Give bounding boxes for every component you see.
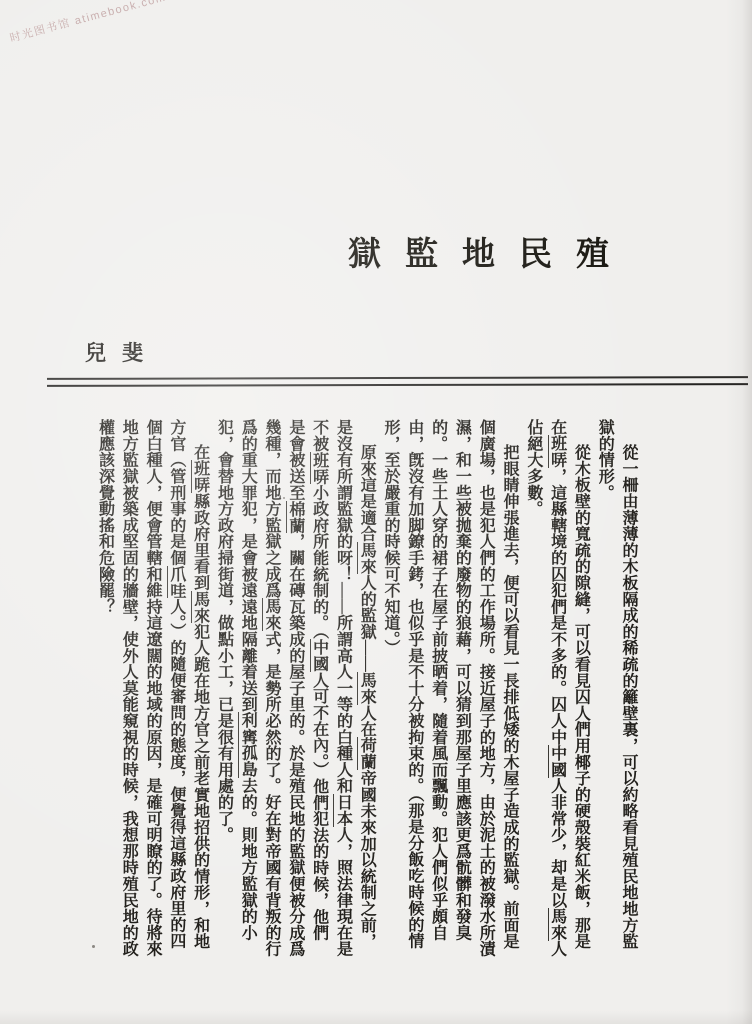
proper-noun: 日本 — [333, 794, 351, 827]
author-name: 兒斐 — [85, 337, 159, 367]
proper-noun: 爪哇 — [167, 566, 185, 599]
proper-noun: 馬來 — [357, 672, 375, 705]
scan-speck — [92, 945, 95, 948]
proper-noun: 中國 — [310, 639, 328, 672]
proper-noun: 棉蘭 — [286, 501, 304, 534]
text-run: 在 — [192, 444, 209, 460]
proper-noun: 班哢 — [191, 460, 209, 493]
text-run: 原來這是適合 — [358, 444, 375, 542]
watermark: 时光图书馆 atimebook.com — [8, 0, 168, 46]
paragraph: 從木板壁的寬疏的隙縫，可以看見囚人們用椰子的硬殼裝紅米飯，那是在班哢，這縣轄境的… — [521, 419, 592, 957]
paragraph: 原來這是適合馬來人的監獄——馬來人在荷蘭帝國未來加以統制之前，是沒有所謂監獄的呀… — [212, 419, 379, 957]
text-run: 把眼睛伸張進去，便可以看見一長排低矮的木屋子造成的監獄。前面是個廣場，也是犯人們… — [382, 419, 518, 957]
text-run: 人在 — [358, 705, 375, 738]
paragraph: 從一柵由薄薄的木板隔成的稀疏的籬壁裏，可以約略看見殖民地地方監獄的情形。 — [592, 419, 640, 957]
scan-speck — [283, 497, 285, 499]
proper-noun: 班哢 — [548, 435, 566, 468]
article-body: 從一柵由薄薄的木板隔成的稀疏的籬壁裏，可以約略看見殖民地地方監獄的情形。從木板壁… — [74, 419, 640, 957]
paragraph: 在班哢縣政府里看到馬來犯人跪在地方官之前老實地招供的情形，和地方官（管刑事的是個… — [93, 419, 212, 957]
text-run: ，這縣轄境的囚犯們是不多的。囚人中 — [549, 468, 566, 745]
proper-noun: 馬來 — [191, 591, 209, 624]
title-divider — [47, 376, 748, 387]
page-title: 獄監地民殖 — [348, 228, 633, 275]
proper-noun: 馬來 — [548, 908, 566, 941]
proper-noun: 荷蘭 — [357, 737, 375, 770]
paragraph: 把眼睛伸張進去，便可以看見一長排低矮的木屋子造成的監獄。前面是個廣場，也是犯人們… — [378, 419, 521, 957]
proper-noun: 馬來 — [262, 598, 280, 631]
text-run: 人的監獄—— — [358, 574, 375, 672]
text-run: 從一柵由薄薄的木板隔成的稀疏的籬壁裏，可以約略看見殖民地地方監獄的情形。 — [596, 419, 637, 949]
proper-noun: 利寗孤島 — [238, 712, 256, 777]
proper-noun: 中國 — [548, 745, 566, 778]
text-run: 縣政府里看到 — [192, 493, 209, 591]
text-run: 小政府所能統制的。（ — [311, 484, 328, 639]
text-run: 人非常少，却是以 — [549, 778, 566, 908]
proper-noun: 馬來 — [357, 542, 375, 575]
proper-noun: 班哢 — [310, 452, 328, 485]
